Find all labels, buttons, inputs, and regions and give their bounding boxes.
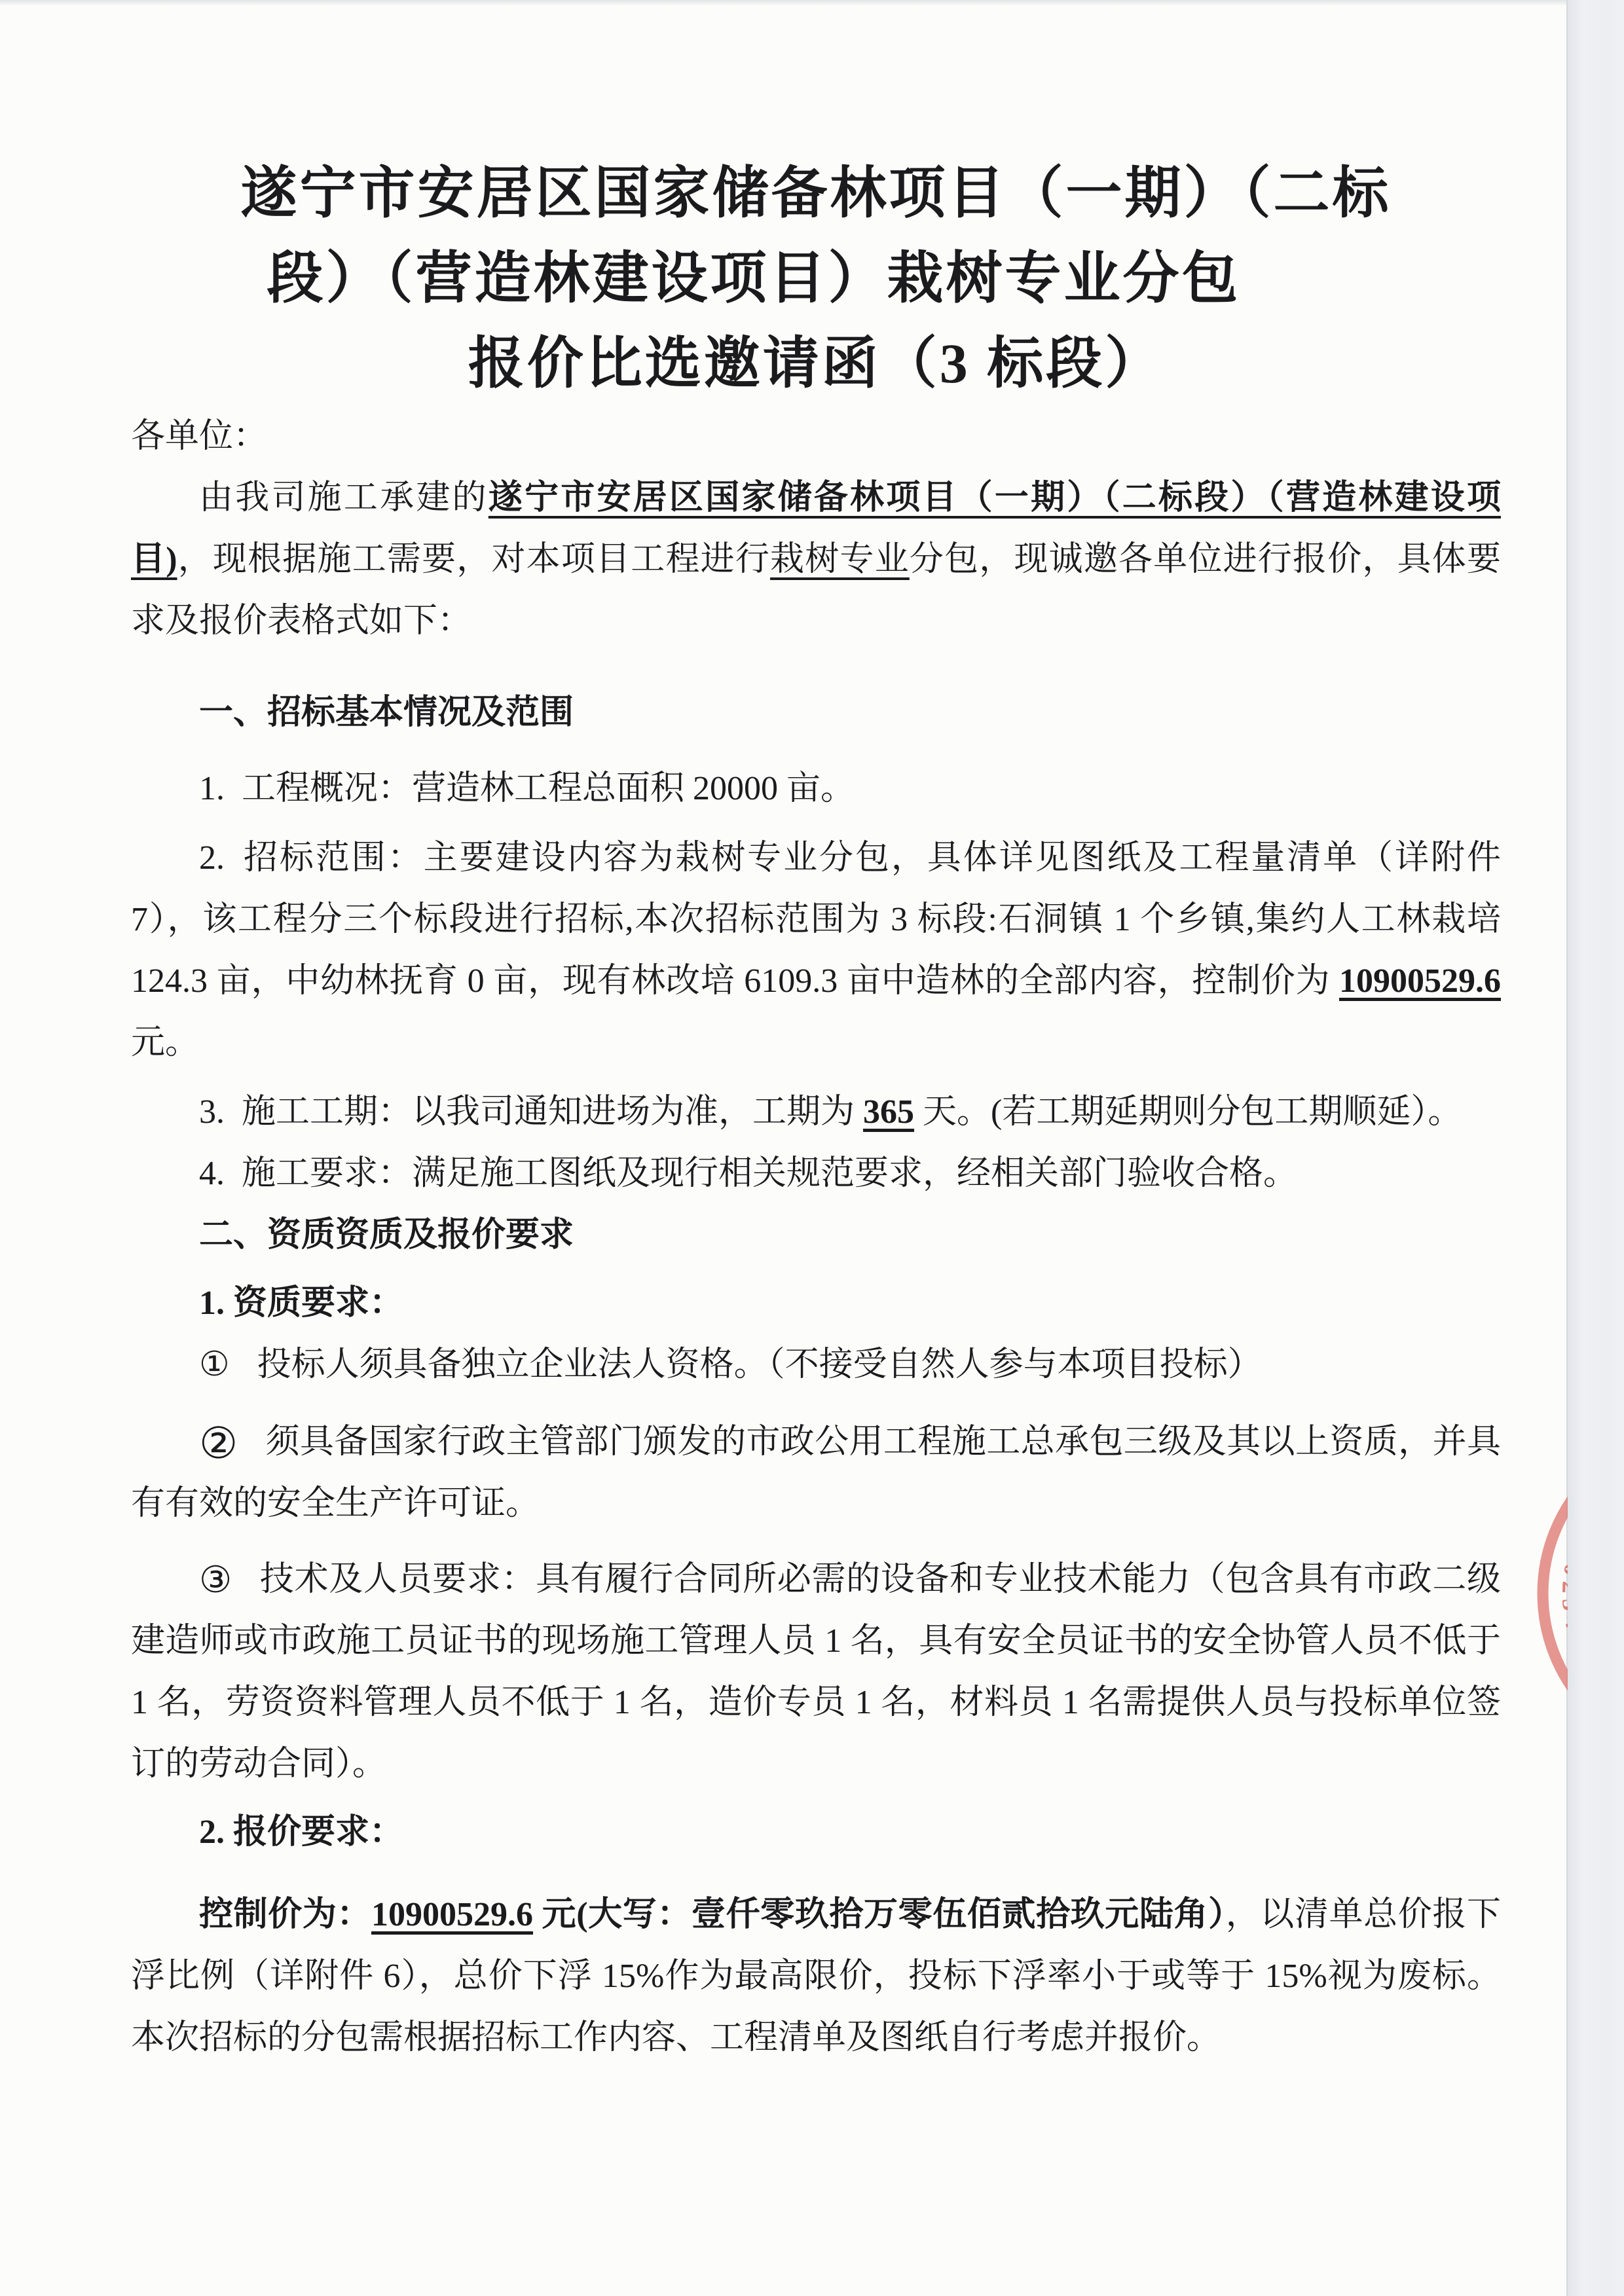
item-bid-scope: 2. 招标范围：主要建设内容为栽树专业分包，具体详见图纸及工程量清单（详附件 7… [131,828,1501,1074]
section2-heading: 二、资质资质及报价要求 [131,1205,1501,1266]
duration-tail: 天。(若工期延期则分包工期顺延）。 [914,1093,1462,1131]
price-value: 10900529.6 [371,1896,533,1933]
quote-requirement-heading: 2. 报价要求： [131,1802,1501,1863]
item-project-overview: 1. 工程概况：营造林工程总面积 20000 亩。 [131,758,1501,820]
price-paragraph: 控制价为：10900529.6 元(大写：壹仟零玖拾万零伍佰贰拾玖元陆角），以清… [131,1884,1501,2069]
intro-paragraph: 由我司施工承建的遂宁市安居区国家储备林项目（一期）（二标段）（营造林建设项目)，… [131,467,1501,652]
title-line-3: 报价比选邀请函（3 标段） [131,321,1501,406]
scanned-document-page: 遂宁市安居区国家储备林项目（一期）（二标 段）（营造林建设项目）栽树专业分包 报… [0,0,1624,2296]
duration-days: 365 [863,1093,914,1131]
clause-3-text: 技术及人员要求：具有履行合同所必需的设备和专业技术能力（包含具有市政二级建造师或… [131,1561,1501,1783]
document-title: 遂宁市安居区国家储备林项目（一期）（二标 段）（营造林建设项目）栽树专业分包 报… [131,151,1501,406]
clause-2: ②须具备国家行政主管部门颁发的市政公用工程施工总承包三级及其以上资质，并具有有效… [131,1412,1501,1535]
item-construction-duration: 3. 施工工期：以我司通知进场为准，工期为 365 天。(若工期延期则分包工期顺… [131,1082,1501,1143]
scope-tail: 元。 [131,1024,199,1061]
price-caps-amount: 壹仟零玖拾万零伍佰贰拾玖元陆角 [692,1896,1208,1933]
salutation: 各单位： [131,406,1501,467]
price-caps-close: ） [1208,1896,1226,1933]
section1-heading: 一、招标基本情况及范围 [131,682,1501,744]
subcontract-type: 栽树专业 [770,541,910,578]
price-label: 控制价为： [199,1896,371,1933]
clause-3-marker: ③ [199,1560,232,1601]
intro-lead: 由我司施工承建的 [199,479,489,517]
clause-2-text: 须具备国家行政主管部门颁发的市政公用工程施工总承包三级及其以上资质，并具有有效的… [131,1423,1501,1522]
seal-ring [1543,1487,1568,1707]
item-construction-requirement: 4. 施工要求：满足施工图纸及现行相关规范要求，经相关部门验收合格。 [131,1143,1501,1205]
title-line-2: 段）（营造林建设项目）栽树专业分包 [69,236,1439,321]
document-content: 遂宁市安居区国家储备林项目（一期）（二标 段）（营造林建设项目）栽树专业分包 报… [131,0,1501,2069]
qualification-heading: 1. 资质要求： [131,1273,1501,1334]
price-caps-lead: 元(大写： [533,1896,692,1933]
duration-lead: 3. 施工工期：以我司通知进场为准，工期为 [199,1093,863,1131]
scope-text: 2. 招标范围：主要建设内容为栽树专业分包，具体详见图纸及工程量清单（详附件 7… [131,839,1501,1000]
clause-1: ①投标人须具备独立企业法人资格。（不接受自然人参与本项目投标） [131,1334,1501,1396]
intro-mid: ，现根据施工需要，对本项目工程进行 [177,541,771,578]
clause-3: ③技术及人员要求：具有履行合同所必需的设备和专业技术能力（包含具有市政二级建造师… [131,1549,1501,1795]
scan-edge-band [1566,0,1624,2296]
control-price-value: 10900529.6 [1339,962,1501,1000]
red-seal-svg: 9045025497 [1524,1487,1568,1707]
red-seal-partial: 9045025497 [1524,1487,1568,1707]
clause-1-text: 投标人须具备独立企业法人资格。（不接受自然人参与本项目投标） [257,1346,1262,1383]
title-line-1: 遂宁市安居区国家储备林项目（一期）（二标 [131,151,1501,236]
clause-2-marker: ② [199,1420,238,1468]
clause-1-marker: ① [199,1346,230,1383]
